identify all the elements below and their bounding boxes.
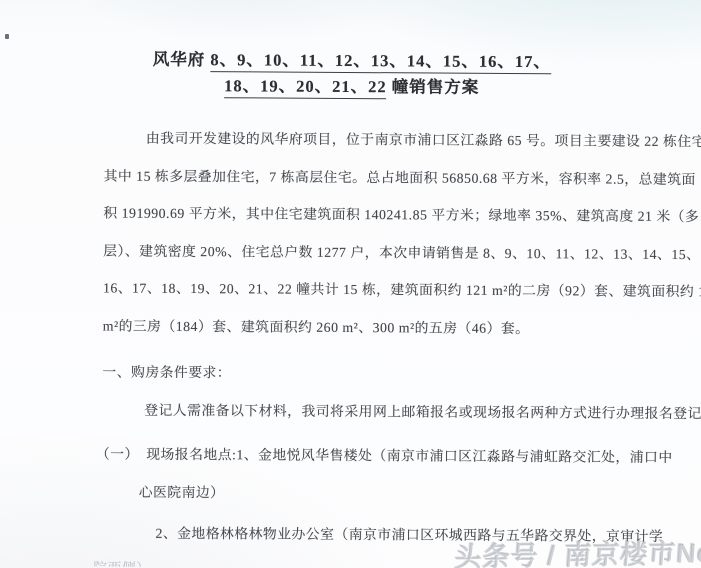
- body-line-1: 由我司开发建设的风华府项目，位于南京市浦口区江淼路 65 号。项目主要建设 22…: [146, 127, 701, 151]
- toutiao-watermark: 头条号 / 南京楼市News: [454, 530, 701, 568]
- body-line-4: 层）、建筑密度 20%、住宅总户数 1277 户，本次申请销售是 8、9、10、…: [103, 239, 700, 263]
- title-prefix: 风华府: [153, 50, 211, 69]
- item1-line-1: （一） 现场报名地点:1、金地悦风华售楼处（南京市浦口区江淼路与浦虹路交汇处，浦…: [96, 442, 673, 466]
- doc-title-line-2: 18、19、20、21、22 幢销售方案: [1, 71, 701, 99]
- title-underlined-part-2: 18、19、20、21、22: [224, 76, 387, 98]
- section-heading: 一、购房条件要求：: [102, 360, 231, 381]
- body-line-6: m²的三房（184）套、建筑面积约 260 m²、300 m²的五房（46）套。: [103, 314, 530, 337]
- title-suffix: 幢销售方案: [387, 77, 480, 97]
- body-line-3: 积 191990.69 平方米，其中住宅建筑面积 140241.85 平方米；绿…: [103, 201, 699, 225]
- title-underlined-part-1: 8、9、10、11、12、13、14、15、16、17、: [210, 50, 551, 74]
- body-line-5: 16、17、18、19、20、21、22 幢共计 15 栋，建筑面积约 121 …: [103, 276, 701, 300]
- partial-cut-line: 院西侧）: [93, 556, 150, 566]
- document-page: 风华府 8、9、10、11、12、13、14、15、16、17、 18、19、2…: [0, 0, 701, 568]
- body-line-2: 其中 15 栋多层叠加住宅，7 栋高层住宅。总占地面积 56850.68 平方米…: [104, 164, 696, 188]
- doc-title-line-1: 风华府 8、9、10、11、12、13、14、15、16、17、: [1, 45, 701, 73]
- registration-line: 登记人需准备以下材料，我司将采用网上邮箱报名或现场报名两种方式进行办理报名登记；: [144, 399, 701, 422]
- item1-line-2: 心医院南边）: [139, 481, 225, 502]
